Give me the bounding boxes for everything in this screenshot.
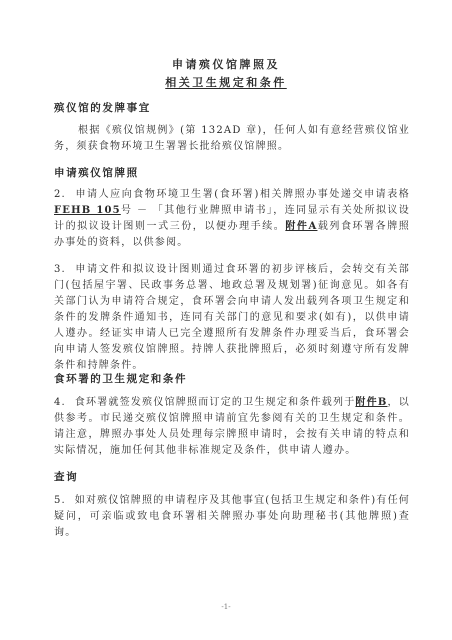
paragraph-text: 申请文件和拟议设计图则通过食环署的初步评核后，会转交有关部门(包括屋宇署、民政事… <box>54 264 410 371</box>
paragraph-text: 申请人应向食物环境卫生署(食环署)相关牌照办事处递交申请表格 <box>75 189 410 200</box>
annex-b-link[interactable]: 附件B <box>355 397 387 408</box>
page-number: -1- <box>0 603 452 611</box>
paragraph-number: 3. <box>54 264 66 275</box>
annex-a-link[interactable]: 附件A <box>285 221 317 232</box>
paragraph-text: 食环署就签发殡仪馆牌照而订定的卫生规定和条件载列于 <box>75 397 356 408</box>
paragraph-2: 2. 申请人应向食物环境卫生署(食环署)相关牌照办事处递交申请表格FEHB 10… <box>54 187 410 251</box>
document-subtitle: 相关卫生规定和条件 <box>165 76 287 89</box>
paragraph-number: 2. <box>54 189 66 200</box>
paragraph-text: 如对殡仪馆牌照的申请程序及其他事宜(包括卫生规定和条件)有任何疑问，可亲临或致电… <box>54 495 410 538</box>
paragraph-3: 3. 申请文件和拟议设计图则通过食环署的初步评核后，会转交有关部门(包括屋宇署、… <box>54 262 410 374</box>
section-heading-licensing: 殡仪馆的发牌事宜 <box>54 100 151 115</box>
document-title-line1: 申请殡仪馆牌照及 <box>0 56 452 72</box>
section-heading-conditions: 食环署的卫生规定和条件 <box>54 371 187 386</box>
paragraph-1: 根据《殡仪馆规例》(第 132AD 章)，任何人如有意经营殡仪馆业务，须获食物环… <box>54 123 410 155</box>
form-fehb105-link[interactable]: FEHB 105 <box>54 205 121 216</box>
document-page: 申请殡仪馆牌照及 相关卫生规定和条件 殡仪馆的发牌事宜 根据《殡仪馆规例》(第 … <box>0 0 452 640</box>
paragraph-5: 5. 如对殡仪馆牌照的申请程序及其他事宜(包括卫生规定和条件)有任何疑问，可亲临… <box>54 493 410 541</box>
paragraph-number: 5. <box>54 495 66 506</box>
section-heading-enquiries: 查询 <box>54 469 78 484</box>
section-heading-application: 申请殡仪馆牌照 <box>54 165 139 180</box>
document-title-line2: 相关卫生规定和条件 <box>0 74 452 90</box>
paragraph-4: 4. 食环署就签发殡仪馆牌照而订定的卫生规定和条件载列于附件B，以供参考。市民递… <box>54 395 410 459</box>
paragraph-number: 4. <box>54 397 66 408</box>
